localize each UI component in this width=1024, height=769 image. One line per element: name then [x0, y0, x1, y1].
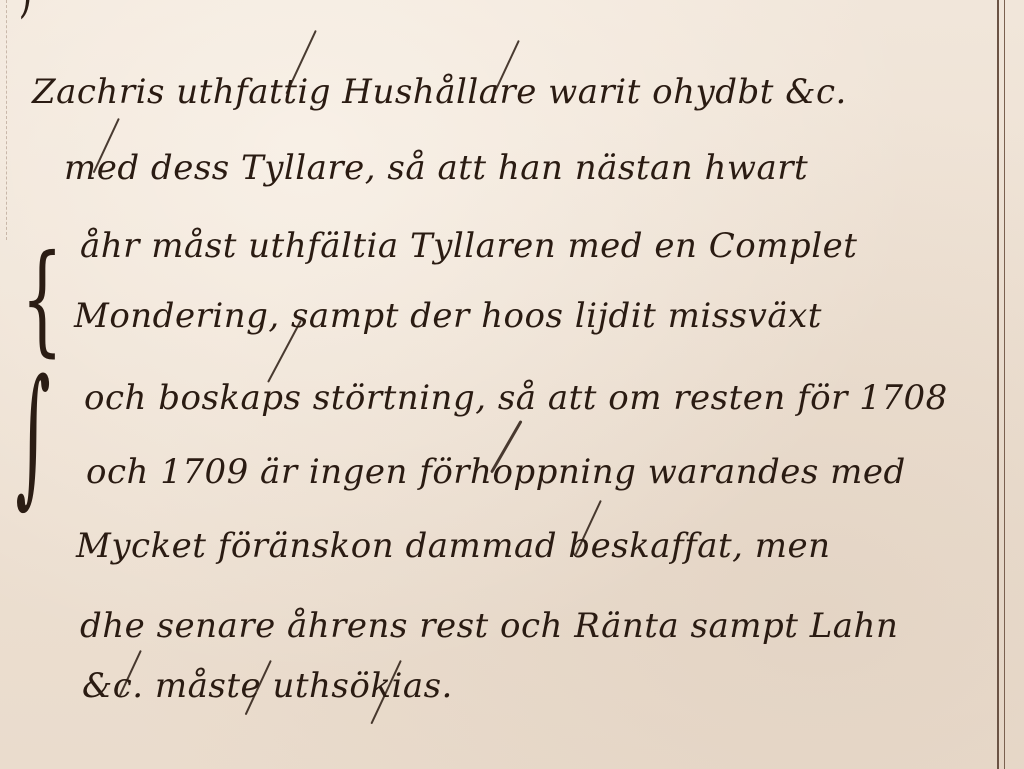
margin-paren-mark: ): [19, 0, 33, 20]
manuscript-line-9: &c. måste uthsökias.: [82, 666, 453, 706]
margin-brace-upper: {: [21, 240, 63, 360]
margin-brace-lower: ∫: [15, 360, 50, 510]
right-margin-rule-inner: [997, 0, 999, 769]
manuscript-line-5: och boskaps störtning, så att om resten …: [84, 378, 948, 418]
manuscript-line-2: med dess Tyllare, så att han nästan hwar…: [64, 148, 808, 188]
manuscript-line-8: dhe senare åhrens rest och Ränta sampt L…: [80, 606, 898, 646]
manuscript-line-4: Mondering, sampt der hoos lijdit missväx…: [74, 296, 822, 336]
left-margin-rule: [6, 0, 7, 240]
manuscript-line-6: och 1709 är ingen förhoppning warandes m…: [86, 452, 906, 492]
manuscript-line-1: Zachris uthfattig Hushållare warit ohydb…: [32, 72, 847, 112]
manuscript-line-3: åhr måst uthfältia Tyllaren med en Compl…: [80, 226, 857, 266]
manuscript-page: ) { ∫ Zachris uthfattig Hushållare warit…: [0, 0, 1024, 769]
manuscript-line-7: Mycket föränskon dammad beskaffat, men: [76, 526, 831, 566]
right-margin-rule-outer: [1004, 0, 1005, 769]
